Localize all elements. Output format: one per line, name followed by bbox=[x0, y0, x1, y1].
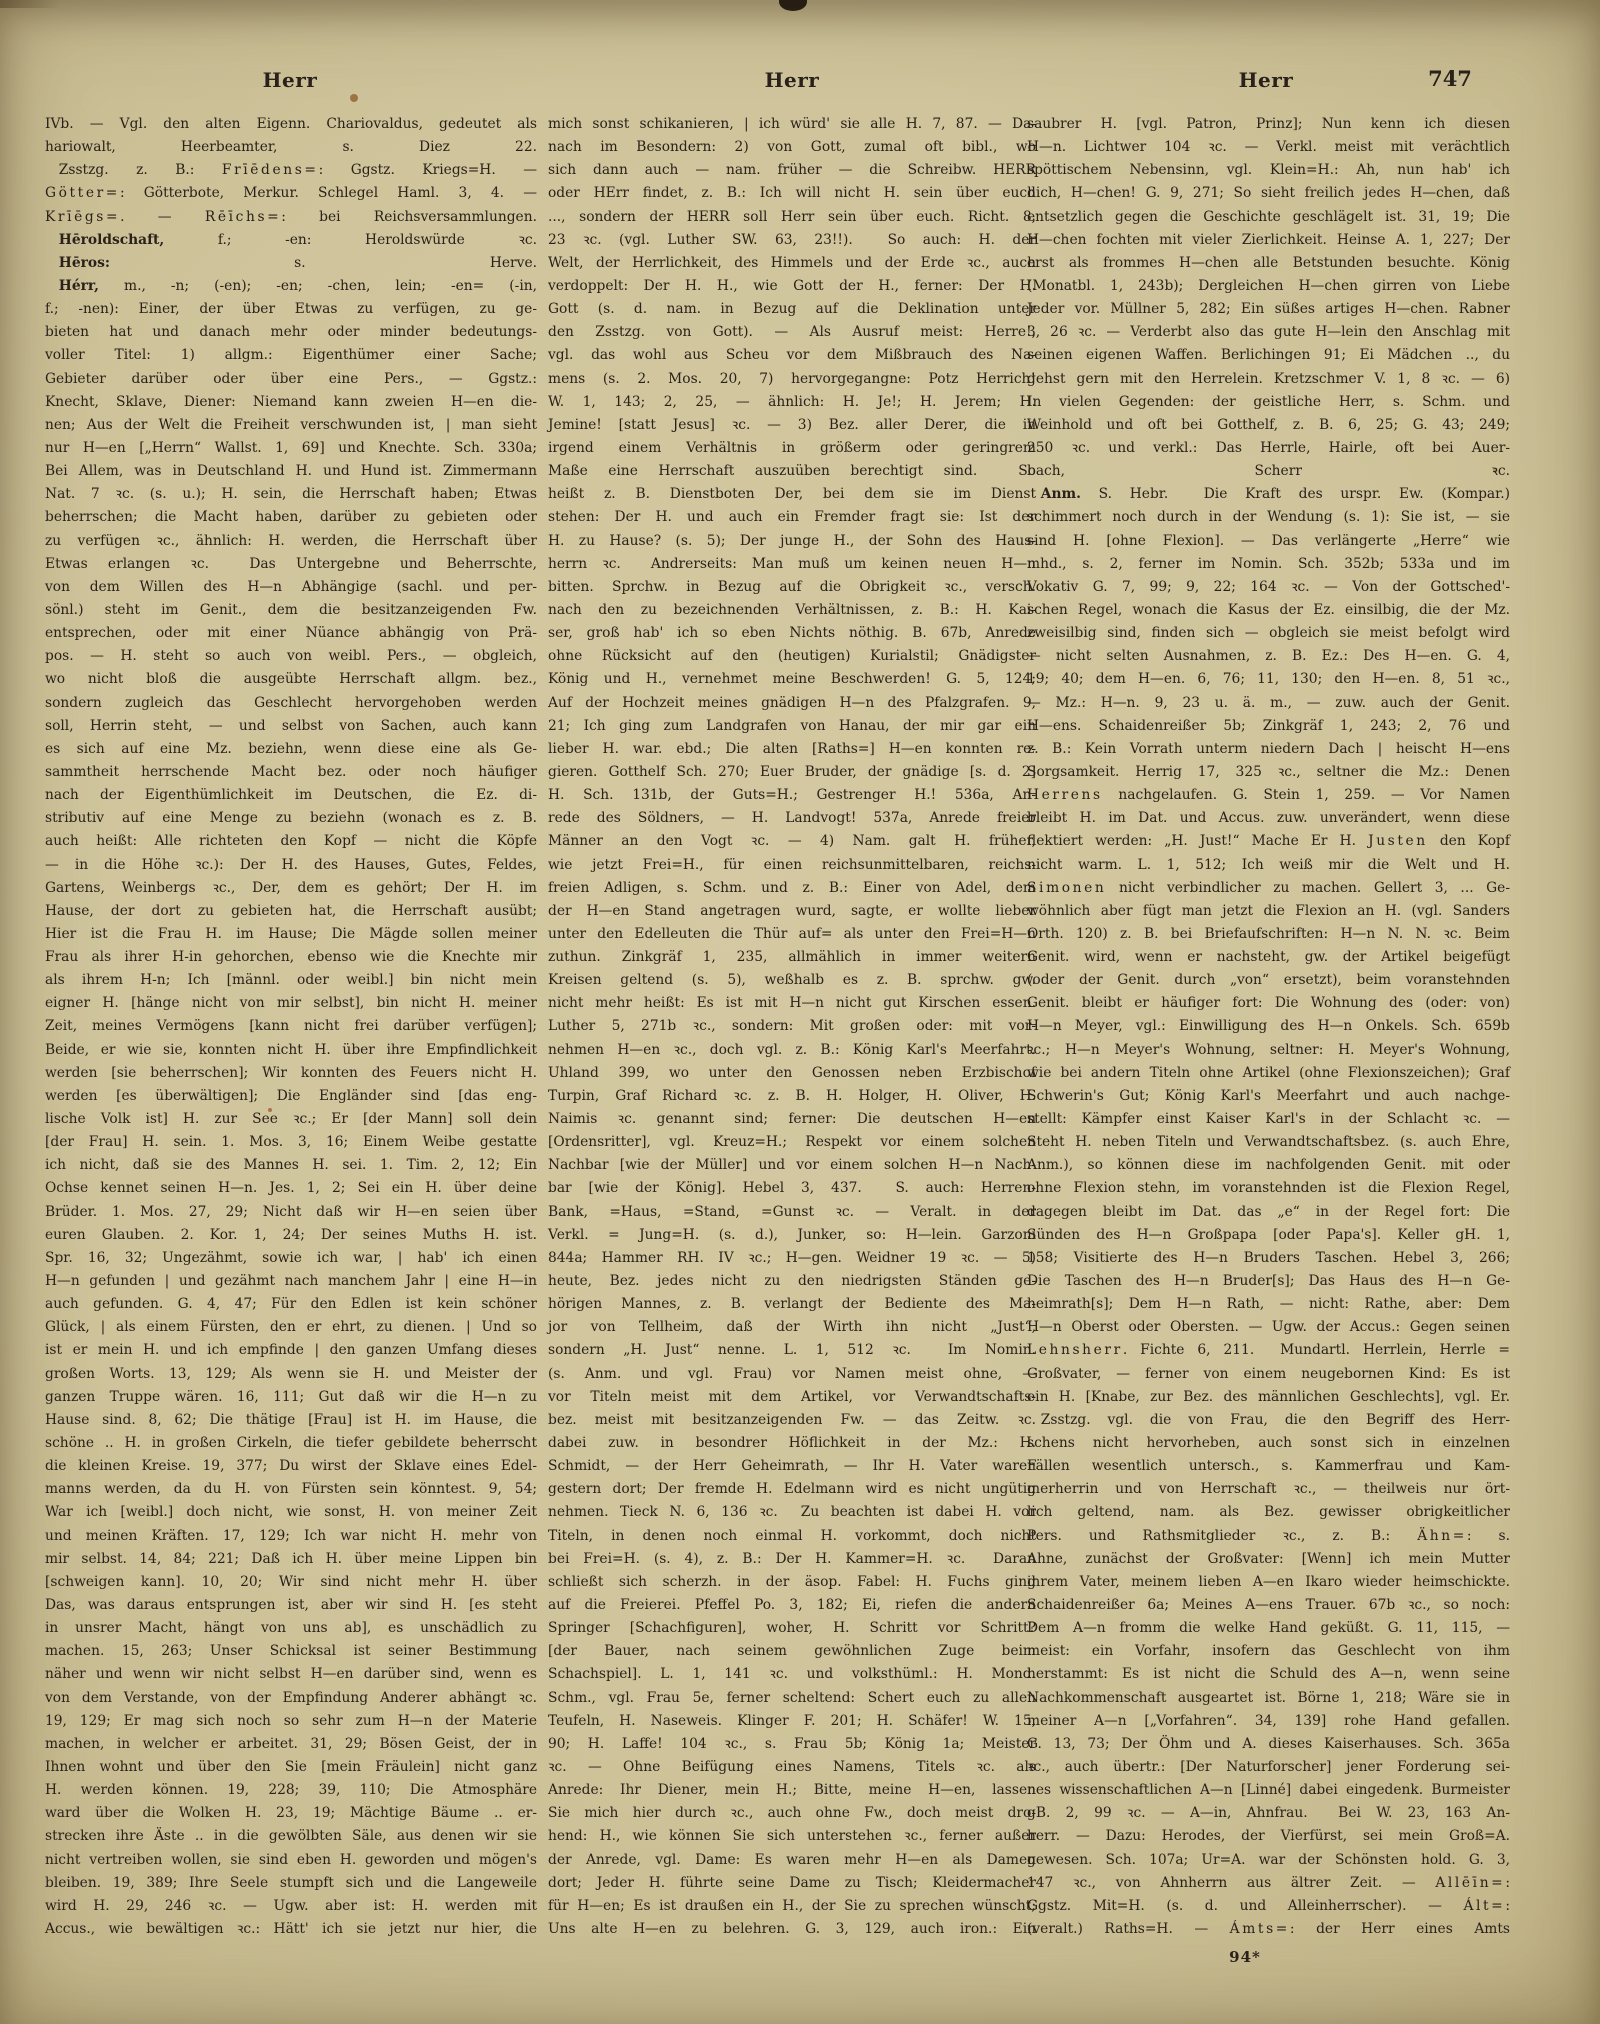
text-line: (Monatbl. 1, 243b); Dergleichen H—chen g… bbox=[1027, 275, 1510, 298]
text-line: Hérr, m., -n; (-en); -en; -chen, lein; -… bbox=[45, 275, 537, 298]
text-line: saubrer H. [vgl. Patron, Prinz]; Nun ken… bbox=[1027, 113, 1510, 136]
text-line: (veralt.) Raths=H. — Ámts=: der Herr ein… bbox=[1027, 1918, 1510, 1941]
text-line: ganzen Truppe wären. 16, 111; Gut daß wi… bbox=[45, 1386, 537, 1409]
text-line: wird H. 29, 246 ꝛc. — Ugw. aber ist: H. … bbox=[45, 1895, 537, 1918]
text-line: Hier ist die Frau H. im Hause; Die Mägde… bbox=[45, 923, 537, 946]
text-line: bieten hat und danach mehr oder minder b… bbox=[45, 321, 537, 344]
text-line: Glück, | als einem Fürsten, den er ehrt,… bbox=[45, 1316, 537, 1339]
text-line: Ahne, zunächst der Großvater: [Wenn] ich… bbox=[1027, 1548, 1510, 1571]
text-line: bez. meist mit besitzanzeigenden Fw. — d… bbox=[548, 1409, 1036, 1432]
text-line: lieber H. war. ebd.; Die alten [Raths=] … bbox=[548, 738, 1036, 761]
text-line: vgl. das wohl aus Scheu vor dem Mißbrauc… bbox=[548, 344, 1036, 367]
text-line: Accus., wie bewältigen ꝛc.: Hätt' ich si… bbox=[45, 1918, 537, 1941]
text-line: Bei Allem, was in Deutschland H. und Hun… bbox=[45, 460, 537, 483]
text-line: seinen eigenen Waffen. Berlichingen 91; … bbox=[1027, 344, 1510, 367]
text-line: ward über die Wolken H. 23, 19; Mächtige… bbox=[45, 1802, 537, 1825]
text-line: flektiert werden: „H. Just!“ Mache Er H.… bbox=[1027, 830, 1510, 853]
text-line: Lehnsherr. Fichte 6, 211. Mundartl. Herr… bbox=[1027, 1339, 1510, 1362]
text-line: erst als frommes H—chen alle Betstunden … bbox=[1027, 252, 1510, 275]
text-line: H—chen fochten mit vieler Zierlichkeit. … bbox=[1027, 229, 1510, 252]
text-line: nach der Eigenthümlichkeit im Deutschen,… bbox=[45, 784, 537, 807]
text-line: ser, groß hab' ich so eben Nichts nöthig… bbox=[548, 622, 1036, 645]
text-line: 844a; Hammer RH. IV ꝛc.; H—gen. Weidner … bbox=[548, 1247, 1036, 1270]
text-line: In vielen Gegenden: der geistliche Herr,… bbox=[1027, 391, 1510, 414]
text-line: machen, in welcher er arbeitet. 31, 29; … bbox=[45, 1733, 537, 1756]
text-line: Hēroldschaft, f.; -en: Heroldswürde ꝛc. bbox=[45, 229, 537, 252]
text-line: hend: H., wie können Sie sich unterstehe… bbox=[548, 1825, 1036, 1848]
text-line: der Anrede, vgl. Dame: Es waren mehr H—e… bbox=[548, 1849, 1036, 1872]
text-line: machen. 15, 263; Unser Schicksal ist sei… bbox=[45, 1640, 537, 1663]
text-line: 147 ꝛc., von Ahnherrn aus ältrer Zeit. —… bbox=[1027, 1872, 1510, 1895]
text-line: H. Sch. 131b, der Guts=H.; Gestrenger H.… bbox=[548, 784, 1036, 807]
text-line: Sünden des H—n Großpapa [oder Papa's]. K… bbox=[1027, 1224, 1510, 1247]
text-line: H—n Oberst oder Obersten. — Ugw. der Acc… bbox=[1027, 1316, 1510, 1339]
text-line: H—n. Lichtwer 104 ꝛc. — Verkl. meist mit… bbox=[1027, 136, 1510, 159]
text-line: zuthun. Zinkgräf 1, 235, allmählich in i… bbox=[548, 946, 1036, 969]
text-line: hörigen Mannes, z. B. verlangt der Bedie… bbox=[548, 1293, 1036, 1316]
text-line: Krīēgs=. — Rēīchs=: bei Reichsversammlun… bbox=[45, 206, 537, 229]
text-line: f.; -nen): Einer, der über Etwas zu verf… bbox=[45, 298, 537, 321]
text-line: Genit. wird, wenn er nachsteht, gw. der … bbox=[1027, 946, 1510, 969]
text-line: König und H., vernehmet meine Beschwerde… bbox=[548, 668, 1036, 691]
text-line: spöttischem Nebensinn, vgl. Klein=H.: Ah… bbox=[1027, 159, 1510, 182]
text-line: nur H—en [„Herrn“ Wallst. 1, 69] und Kne… bbox=[45, 437, 537, 460]
paper-stain bbox=[350, 94, 358, 102]
text-line: wie bei andern Titeln ohne Artikel (ohne… bbox=[1027, 1062, 1510, 1085]
text-line: Hause, der dort zu gebieten hat, die Her… bbox=[45, 900, 537, 923]
text-line: mhd., s. 2, ferner im Nomin. Sch. 352b; … bbox=[1027, 553, 1510, 576]
text-line: bar [wie der König]. Hebel 3, 437. S. au… bbox=[548, 1177, 1036, 1200]
text-line: [der Bauer, nach seinem gewöhnlichen Zug… bbox=[548, 1640, 1036, 1663]
text-line: werden [es überwältigen]; Die Engländer … bbox=[45, 1085, 537, 1108]
signature-mark: 94* bbox=[1180, 1948, 1310, 1966]
text-line: soll, Herrin steht, — und selbst von Sac… bbox=[45, 715, 537, 738]
text-line: Bank, =Haus, =Stand, =Gunst ꝛc. — Veralt… bbox=[548, 1201, 1036, 1224]
text-line: sammtheit herrschende Macht bez. oder no… bbox=[45, 761, 537, 784]
text-line: bleiben. 19, 389; Ihre Seele stumpft sic… bbox=[45, 1872, 537, 1895]
dictionary-page-scan: Herr Herr Herr 747 IVb. — Vgl. den alten… bbox=[0, 0, 1600, 2024]
running-head-column-1: Herr bbox=[230, 68, 350, 92]
text-line: näher und wenn wir nicht selbst H—en dar… bbox=[45, 1663, 537, 1686]
text-line: dort; Jeder H. führte seine Dame zu Tisc… bbox=[548, 1872, 1036, 1895]
text-line: 90; H. Laffe! 104 ꝛc., s. Frau 5b; König… bbox=[548, 1733, 1036, 1756]
text-line: sönl.) steht im Genit., dem die besitzan… bbox=[45, 599, 537, 622]
text-line: ..., sondern der HERR soll Herr sein übe… bbox=[548, 206, 1036, 229]
text-column-1: IVb. — Vgl. den alten Eigenn. Chariovald… bbox=[45, 113, 537, 1941]
text-line: Zsstzg. vgl. die von Frau, die den Begri… bbox=[1027, 1409, 1510, 1432]
text-line: ꝛc., auch übertr.: [Der Naturforscher] j… bbox=[1027, 1756, 1510, 1779]
text-line: stellt: Kämpfer einst Kaiser Karl's in d… bbox=[1027, 1108, 1510, 1131]
text-line: Fällen wesentlich untersch., s. Kammerfr… bbox=[1027, 1455, 1510, 1478]
text-line: lich geltend, nam. als Bez. gewisser obr… bbox=[1027, 1501, 1510, 1524]
text-line: jor von Tellheim, daß der Wirth ihn nich… bbox=[548, 1316, 1036, 1339]
text-line: gB. 2, 99 ꝛc. — A—in, Ahnfrau. Bei W. 23… bbox=[1027, 1802, 1510, 1825]
text-line: und meinen Kräften. 17, 129; Ich war nic… bbox=[45, 1525, 537, 1548]
text-line: den Zsstzg. von Gott). — Als Ausruf meis… bbox=[548, 321, 1036, 344]
text-line: entsetzlich gegen die Geschichte geschlä… bbox=[1027, 206, 1510, 229]
text-line: z. B.: Kein Vorrath unterm niedern Dach … bbox=[1027, 738, 1510, 761]
text-line: Nachkommenschaft ausgeartet ist. Börne 1… bbox=[1027, 1687, 1510, 1710]
text-line: in unsrer Macht, hängt von uns ab], es u… bbox=[45, 1617, 537, 1640]
text-line: Männer an den Vogt ꝛc. — 4) Nam. galt H.… bbox=[548, 830, 1036, 853]
text-line: — nicht selten Ausnahmen, z. B. Ez.: Des… bbox=[1027, 645, 1510, 668]
text-line: Sorgsamkeit. Herrig 17, 325 ꝛc., seltner… bbox=[1027, 761, 1510, 784]
text-line: Vokativ G. 7, 99; 9, 22; 164 ꝛc. — Von d… bbox=[1027, 576, 1510, 599]
text-line: Schm., vgl. Frau 5e, ferner scheltend: S… bbox=[548, 1687, 1036, 1710]
text-line: Die Taschen des H—n Bruder[s]; Das Haus … bbox=[1027, 1270, 1510, 1293]
text-line: ohne Rücksicht auf den (heutigen) Kurial… bbox=[548, 645, 1036, 668]
text-line: mich sonst schikanieren, | ich würd' sie… bbox=[548, 113, 1036, 136]
text-line: gestern dort; Der fremde H. Edelmann wir… bbox=[548, 1478, 1036, 1501]
text-line: auf die Freierei. Pfeffel Po. 3, 182; Ei… bbox=[548, 1594, 1036, 1617]
text-line: H—ens. Schaidenreißer 5b; Zinkgräf 1, 24… bbox=[1027, 715, 1510, 738]
text-line: dich, H—chen! G. 9, 271; So sieht freili… bbox=[1027, 182, 1510, 205]
text-line: auch heißt: Alle richteten den Kopf — ni… bbox=[45, 830, 537, 853]
text-line: Simonen nicht verbindlicher zu machen. G… bbox=[1027, 877, 1510, 900]
text-line: hariowalt, Heerbeamter, s. Diez 22. bbox=[45, 136, 537, 159]
text-line: [der Frau] H. sein. 1. Mos. 3, 16; Einem… bbox=[45, 1131, 537, 1154]
text-line: stehen: Der H. und auch ein Fremder frag… bbox=[548, 506, 1036, 529]
text-line: G. 13, 73; Der Öhm und A. dieses Kaiserh… bbox=[1027, 1733, 1510, 1756]
text-line: W. 1, 143; 2, 25, — ähnlich: H. Je!; H. … bbox=[548, 391, 1036, 414]
text-line: Anm.), so können diese im nachfolgenden … bbox=[1027, 1154, 1510, 1177]
text-line: Welt, der Herrlichkeit, des Himmels und … bbox=[548, 252, 1036, 275]
text-line: Zsstzg. z. B.: Frīēdens=: Ggstz. Kriegs=… bbox=[45, 159, 537, 182]
text-line: Knecht, Sklave, Diener: Niemand kann zwe… bbox=[45, 391, 537, 414]
text-line: für H—en; Es ist draußen ein H., der Sie… bbox=[548, 1895, 1036, 1918]
text-line: — in die Höhe ꝛc.): Der H. des Hauses, G… bbox=[45, 854, 537, 877]
text-line: lische Volk ist] H. zur See ꝛc.; Er [der… bbox=[45, 1108, 537, 1131]
text-line: Spr. 16, 32; Ungezähmt, sowie ich war, |… bbox=[45, 1247, 537, 1270]
text-line: Titeln, in denen noch einmal H. vorkommt… bbox=[548, 1525, 1036, 1548]
text-line: [Ordensritter], vgl. Kreuz=H.; Respekt v… bbox=[548, 1131, 1036, 1154]
text-line: strecken ihre Äste .. in die gewölbten S… bbox=[45, 1825, 537, 1848]
text-line: Luther 5, 271b ꝛc., sondern: Mit großen … bbox=[548, 1015, 1036, 1038]
text-line: ein H. [Knabe, zur Bez. des männlichen G… bbox=[1027, 1386, 1510, 1409]
running-head-column-2: Herr bbox=[732, 68, 852, 92]
text-line: Hēros: s. Herve. bbox=[45, 252, 537, 275]
text-line: euren Glauben. 2. Kor. 1, 24; Der seines… bbox=[45, 1224, 537, 1247]
text-line: IVb. — Vgl. den alten Eigenn. Chariovald… bbox=[45, 113, 537, 136]
text-line: irgend einem Verhältnis in größerm oder … bbox=[548, 437, 1036, 460]
text-line: werden [sie beherrschen]; Wir konnten de… bbox=[45, 1062, 537, 1085]
text-line: Jeder vor. Müllner 5, 282; Ein süßes art… bbox=[1027, 298, 1510, 321]
text-line: Zeit, meines Vermögens [kann nicht frei … bbox=[45, 1015, 537, 1038]
text-line: Brüder. 1. Mos. 27, 29; Nicht daß wir H—… bbox=[45, 1201, 537, 1224]
text-line: Frau als ihrer H-in gehorchen, ebenso wi… bbox=[45, 946, 537, 969]
text-line: voller Titel: 1) allgm.: Eigenthümer ein… bbox=[45, 344, 537, 367]
text-line: Anm. S. Hebr. Die Kraft des urspr. Ew. (… bbox=[1027, 483, 1510, 506]
text-line: Kreisen geltend (s. 5), weßhalb es z. B.… bbox=[548, 969, 1036, 992]
text-line: 21; Ich ging zum Landgrafen von Hanau, d… bbox=[548, 715, 1036, 738]
text-line: Orth. 120) z. B. bei Briefaufschriften: … bbox=[1027, 923, 1510, 946]
text-line: Weinhold und oft bei Gotthelf, z. B. 6, … bbox=[1027, 414, 1510, 437]
text-line: 158; Visitierte des H—n Bruders Taschen.… bbox=[1027, 1247, 1510, 1270]
text-line: wöhnlich aber fügt man jetzt die Flexion… bbox=[1027, 900, 1510, 923]
text-line: Beide, er wie sie, konnten nicht H. über… bbox=[45, 1039, 537, 1062]
text-line: von dem Verstande, von der Empfindung An… bbox=[45, 1687, 537, 1710]
text-line: gewesen. Sch. 107a; Ur=A. war der Schöns… bbox=[1027, 1849, 1510, 1872]
text-line: schöne .. H. in großen Cirkeln, die tief… bbox=[45, 1432, 537, 1455]
text-line: Nachbar [wie der Müller] und vor einem s… bbox=[548, 1154, 1036, 1177]
text-line: Jemine! [statt Jesus] ꝛc. — 3) Bez. alle… bbox=[548, 414, 1036, 437]
text-line: entsprechen, oder mit einer Nüance abhän… bbox=[45, 622, 537, 645]
text-line: als ihrem H-n; Ich [männl. oder weibl.] … bbox=[45, 969, 537, 992]
text-line: H—n gefunden | und gezähmt nach manchem … bbox=[45, 1270, 537, 1293]
text-line: Großvater, — ferner von einem neugeborne… bbox=[1027, 1363, 1510, 1386]
text-line: H—n Meyer, vgl.: Einwilligung des H—n On… bbox=[1027, 1015, 1510, 1038]
text-line: Herrens nachgelaufen. G. Stein 1, 259. —… bbox=[1027, 784, 1510, 807]
text-line: nicht warm. L. 1, 512; Ich weiß mir die … bbox=[1027, 854, 1510, 877]
text-line: wie jetzt Frei=H., für einen reichsunmit… bbox=[548, 854, 1036, 877]
text-line: dagegen bleibt im Dat. das „e“ in der Re… bbox=[1027, 1201, 1510, 1224]
text-line: Pers. und Rathsmitglieder ꝛc., z. B.: Äh… bbox=[1027, 1525, 1510, 1548]
ink-blot bbox=[779, 0, 807, 11]
text-line: merherrin und von Herrschaft ꝛc., — thei… bbox=[1027, 1478, 1510, 1501]
text-line: die kleinen Kreise. 19, 377; Du wirst de… bbox=[45, 1455, 537, 1478]
text-line: Naimis ꝛc. genannt sind; ferner: Die deu… bbox=[548, 1108, 1036, 1131]
text-line: Das, was daraus entsprungen ist, aber wi… bbox=[45, 1594, 537, 1617]
text-line: — Mz.: H—n. 9, 23 u. ä. m., — zuw. auch … bbox=[1027, 692, 1510, 715]
text-line: gehst gern mit den Herrelein. Kretzschme… bbox=[1027, 368, 1510, 391]
text-line: Schmidt, — der Herr Geheimrath, — Ihr H.… bbox=[548, 1455, 1036, 1478]
text-line: Götter=: Götterbote, Merkur. Schlegel Ha… bbox=[45, 182, 537, 205]
text-line: bitten. Sprchw. in Bezug auf die Obrigke… bbox=[548, 576, 1036, 599]
text-line: (oder der Genit. durch „von“ ersetzt), b… bbox=[1027, 969, 1510, 992]
page-number: 747 bbox=[1400, 66, 1500, 91]
text-line: bei Frei=H. (s. 4), z. B.: Der H. Kammer… bbox=[548, 1548, 1036, 1571]
text-line: War ich [weibl.] doch nicht, wie sonst, … bbox=[45, 1501, 537, 1524]
text-line: Nat. 7 ꝛc. (s. u.); H. sein, die Herrsch… bbox=[45, 483, 537, 506]
text-line: von dem Willen des H—n Abhängige (sachl.… bbox=[45, 576, 537, 599]
text-line: ist er mein H. und ich empfinde | den ga… bbox=[45, 1339, 537, 1362]
text-line: Ggstz. Mit=H. (s. d. und Alleinherrscher… bbox=[1027, 1895, 1510, 1918]
text-line: nen; Aus der Welt die Freiheit verschwun… bbox=[45, 414, 537, 437]
text-line: wo nicht bloß die ausgeübte Herrschaft a… bbox=[45, 668, 537, 691]
text-line: 3, 26 ꝛc. — Verderbt also das gute H—lei… bbox=[1027, 321, 1510, 344]
text-line: zweisilbig sind, finden sich — obgleich … bbox=[1027, 622, 1510, 645]
text-line: Maße eine Herrschaft auszuüben berechtig… bbox=[548, 460, 1036, 483]
text-line: heute, Bez. jedes nicht zu den niedrigst… bbox=[548, 1270, 1036, 1293]
text-line: Turpin, Graf Richard ꝛc. z. B. H. Holger… bbox=[548, 1085, 1036, 1108]
text-line: ich nicht, daß sie des Mannes H. sei. 1.… bbox=[45, 1154, 537, 1177]
text-line: Gebieter darüber oder über eine Pers., —… bbox=[45, 368, 537, 391]
text-line: 250 ꝛc. und verkl.: Das Herrle, Hairle, … bbox=[1027, 437, 1510, 460]
text-line: schen Regel, wonach die Kasus der Ez. ei… bbox=[1027, 599, 1510, 622]
text-line: Gartens, Weinbergs ꝛc., Der, dem es gehö… bbox=[45, 877, 537, 900]
text-line: Ihnen wohnt und über den Sie [mein Fräul… bbox=[45, 1756, 537, 1779]
text-line: Schaidenreißer 6a; Meines A—ens Trauer. … bbox=[1027, 1594, 1510, 1617]
text-line: Uhland 399, wo unter den Genossen neben … bbox=[548, 1062, 1036, 1085]
text-line: Sie mich hier durch ꝛc., auch ohne Fw., … bbox=[548, 1802, 1036, 1825]
text-line: ohne Flexion stehn, im voranstehnden ist… bbox=[1027, 1177, 1510, 1200]
text-line: Gott (s. d. nam. in Bezug auf die Deklin… bbox=[548, 298, 1036, 321]
text-line: Etwas erlangen ꝛc. Das Untergebne und Be… bbox=[45, 553, 537, 576]
text-line: Hause sind. 8, 62; Die thätige [Frau] is… bbox=[45, 1409, 537, 1432]
text-line: vor Titeln meist mit dem Artikel, vor Ve… bbox=[548, 1386, 1036, 1409]
text-line: 19, 129; Er mag sich noch so sehr zum H—… bbox=[45, 1710, 537, 1733]
text-line: meist: ein Vorfahr, insofern das Geschle… bbox=[1027, 1640, 1510, 1663]
text-line: sich dann auch — nam. früher — die Schre… bbox=[548, 159, 1036, 182]
text-line: herstammt: Es ist nicht die Schuld des A… bbox=[1027, 1663, 1510, 1686]
text-line: freien Adligen, s. Schm. und z. B.: Eine… bbox=[548, 877, 1036, 900]
text-line: (s. Anm. und vgl. Frau) vor Namen meist … bbox=[548, 1363, 1036, 1386]
text-line: Anrede: Ihr Diener, mein H.; Bitte, mein… bbox=[548, 1779, 1036, 1802]
text-line: nach den zu bezeichnenden Verhältnissen,… bbox=[548, 599, 1036, 622]
text-line: Auf der Hochzeit meines gnädigen H—n des… bbox=[548, 692, 1036, 715]
text-line: nehmen H—en ꝛc., doch vgl. z. B.: König … bbox=[548, 1039, 1036, 1062]
text-line: Teufeln, H. Naseweis. Klinger F. 201; H.… bbox=[548, 1710, 1036, 1733]
text-line: nicht mehr heißt: Es ist mit H—n nicht g… bbox=[548, 992, 1036, 1015]
text-line: schimmert noch durch in der Wendung (s. … bbox=[1027, 506, 1510, 529]
text-line: mens (s. 2. Mos. 20, 7) hervorgegangne: … bbox=[548, 368, 1036, 391]
text-line: schließt sich scherzh. in der äsop. Fabe… bbox=[548, 1571, 1036, 1594]
text-line: oder HErr findet, z. B.: Ich will nicht … bbox=[548, 182, 1036, 205]
text-line: schens nicht hervorheben, auch sonst sic… bbox=[1027, 1432, 1510, 1455]
text-line: H. zu Hause? (s. 5); Der junge H., der S… bbox=[548, 530, 1036, 553]
text-line: herr. — Dazu: Herodes, der Vierfürst, se… bbox=[1027, 1825, 1510, 1848]
text-line: Ochse kennet seinen H—n. Jes. 1, 2; Sei … bbox=[45, 1177, 537, 1200]
text-line: ꝛc.; H—n Meyer's Wohnung, seltner: H. Me… bbox=[1027, 1039, 1510, 1062]
text-line: bach, Scherr ꝛc. bbox=[1027, 460, 1510, 483]
text-line: nicht vertreiben wollen, sie sind eben H… bbox=[45, 1849, 537, 1872]
text-line: sind H. [ohne Flexion]. — Das verlängert… bbox=[1027, 530, 1510, 553]
text-line: Uns alte H—en zu belehren. G. 3, 129, au… bbox=[548, 1918, 1036, 1941]
text-line: Schwerin's Gut; König Karl's Meerfahrt u… bbox=[1027, 1085, 1510, 1108]
text-line: Dem A—n fromm die welke Hand geküßt. G. … bbox=[1027, 1617, 1510, 1640]
text-line: beherrschen; die Macht haben, darüber zu… bbox=[45, 506, 537, 529]
text-line: meiner A—n [„Vorfahren“. 34, 139] rohe H… bbox=[1027, 1710, 1510, 1733]
text-line: heimrath[s]; Dem H—n Rath, — nicht: Rath… bbox=[1027, 1293, 1510, 1316]
text-line: ꝛc. — Ohne Beifügung eines Namens, Titel… bbox=[548, 1756, 1036, 1779]
text-line: Verkl. = Jung=H. (s. d.), Junker, so: H—… bbox=[548, 1224, 1036, 1247]
text-line: es sich auf eine Mz. beziehn, wenn diese… bbox=[45, 738, 537, 761]
text-line: Steht H. neben Titeln und Verwandtschaft… bbox=[1027, 1131, 1510, 1154]
text-line: herrn ꝛc. Andrerseits: Man muß um keinen… bbox=[548, 553, 1036, 576]
text-line: großen Worts. 13, 129; Als wenn sie H. u… bbox=[45, 1363, 537, 1386]
text-line: manns werden, da du H. von Fürsten sein … bbox=[45, 1478, 537, 1501]
text-line: Schachspiel]. L. 1, 141 ꝛc. und volksthü… bbox=[548, 1663, 1036, 1686]
text-line: der H—en Stand angetragen wurd, sagte, e… bbox=[548, 900, 1036, 923]
text-line: pos. — H. steht so auch von weibl. Pers.… bbox=[45, 645, 537, 668]
text-line: nach im Besondern: 2) von Gott, zumal of… bbox=[548, 136, 1036, 159]
text-line: rede des Söldners, — H. Landvogt! 537a, … bbox=[548, 807, 1036, 830]
text-line: ihrem Vater, meinem lieben A—en Ikaro wi… bbox=[1027, 1571, 1510, 1594]
text-line: 23 ꝛc. (vgl. Luther SW. 63, 23!!). So au… bbox=[548, 229, 1036, 252]
scan-edge-shadow bbox=[0, 0, 60, 8]
text-line: zu verfügen ꝛc., ähnlich: H. werden, die… bbox=[45, 530, 537, 553]
running-head-column-3: Herr bbox=[1206, 68, 1326, 92]
text-line: nehmen. Tieck N. 6, 136 ꝛc. Zu beachten … bbox=[548, 1501, 1036, 1524]
text-line: Springer [Schachfiguren], woher, H. Schr… bbox=[548, 1617, 1036, 1640]
text-line: H. werden können. 19, 228; 39, 110; Die … bbox=[45, 1779, 537, 1802]
text-column-2: mich sonst schikanieren, | ich würd' sie… bbox=[548, 113, 1036, 1941]
text-line: eigner H. [hänge nicht von mir selbst], … bbox=[45, 992, 537, 1015]
text-line: mir selbst. 14, 84; 221; Daß ich H. über… bbox=[45, 1548, 537, 1571]
text-line: auch gefunden. G. 4, 47; Für den Edlen i… bbox=[45, 1293, 537, 1316]
text-line: 19; 40; dem H—en. 6, 76; 11, 130; den H—… bbox=[1027, 668, 1510, 691]
text-line: stributiv auf eine Menge zu beziehn (won… bbox=[45, 807, 537, 830]
text-line: gieren. Gotthelf Sch. 270; Euer Bruder, … bbox=[548, 761, 1036, 784]
text-line: verdoppelt: Der H. H., wie Gott der H., … bbox=[548, 275, 1036, 298]
text-line: sondern zugleich das Geschlecht hervorge… bbox=[45, 692, 537, 715]
text-line: unter den Edelleuten die Thür auf= als u… bbox=[548, 923, 1036, 946]
text-line: sondern „H. Just“ nenne. L. 1, 512 ꝛc. I… bbox=[548, 1339, 1036, 1362]
text-line: [schweigen kann]. 10, 20; Wir sind nicht… bbox=[45, 1571, 537, 1594]
text-line: nes wissenschaftlichen A—n [Linné] dabei… bbox=[1027, 1779, 1510, 1802]
text-line: Genit. bleibt er häufiger fort: Die Wohn… bbox=[1027, 992, 1510, 1015]
text-line: heißt z. B. Dienstboten Der, bei dem sie… bbox=[548, 483, 1036, 506]
text-line: dabei zuw. in besondrer Höflichkeit in d… bbox=[548, 1432, 1036, 1455]
text-column-3: saubrer H. [vgl. Patron, Prinz]; Nun ken… bbox=[1027, 113, 1510, 1941]
text-line: bleibt H. im Dat. und Accus. zuw. unverä… bbox=[1027, 807, 1510, 830]
